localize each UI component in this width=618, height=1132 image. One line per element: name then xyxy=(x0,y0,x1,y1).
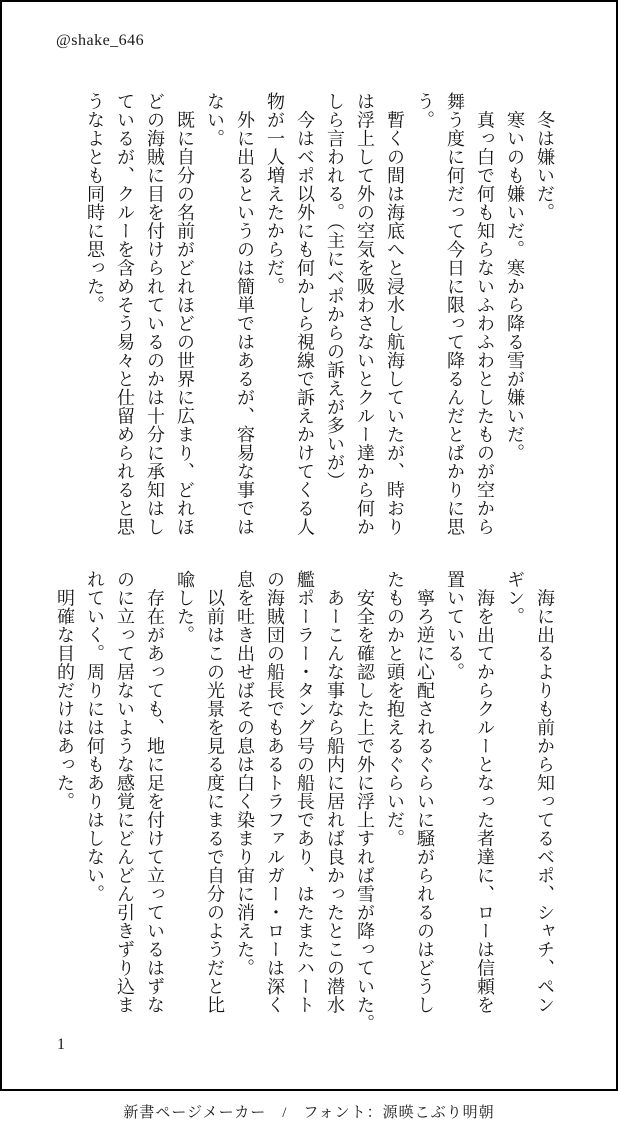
footer-credit: 新書ページメーカー / フォント：源暎こぶり明朝 xyxy=(0,1091,618,1132)
page: { "header": { "handle": "@shake_646" }, … xyxy=(0,0,618,1132)
page-number: 1 xyxy=(57,1036,65,1054)
page-frame: @shake_646 冬は嫌いだ。 寒いのも嫌いだ。寒から降る雪が嫌いだ。 真っ… xyxy=(0,0,618,1091)
vertical-text-block-1: 冬は嫌いだ。 寒いのも嫌いだ。寒から降る雪が嫌いだ。 真っ白で何も知らないふわふ… xyxy=(80,92,560,536)
user-handle: @shake_646 xyxy=(56,32,144,50)
vertical-text-block-2: 海に出るよりも前から知ってるベポ、シャチ、ペン ギン。 海を出てからクルーとなっ… xyxy=(50,570,560,1033)
